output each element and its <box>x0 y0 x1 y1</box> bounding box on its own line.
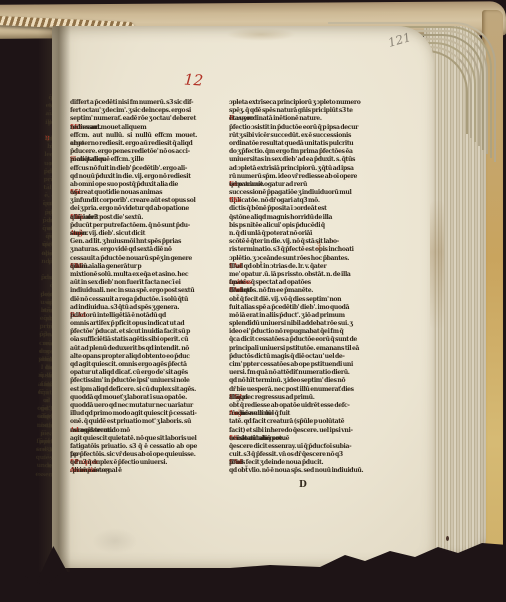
text-line: differt a p̄cedēti nisi fm numerū. s3 si… <box>70 99 197 107</box>
text-line: onē. q̄ quidē est priuatio mot' ʒ labori… <box>70 418 197 426</box>
text-line: alte opans propter aliqd obtento eo p̄du… <box>70 353 197 361</box>
text-line: dictis q̄ bōnē p̄posita ī ɔordeāt est <box>229 205 373 213</box>
text-line: ɔplētio. ʒ ɔceānde sunt rōes hoc p̄bante… <box>229 255 373 263</box>
text-line: septim' numerať. eadē rōe ʒ octau' deber… <box>70 115 197 123</box>
stain <box>84 176 94 184</box>
stain <box>430 200 444 330</box>
text-line: obt̃ q̄ fecit diē. vij. vō q̄ dies septi… <box>229 296 373 304</box>
text-line: R. Ad p̄dictorū intelligētiā ē notādū qd <box>70 312 197 320</box>
text-line: p̄fectissim' in p̄ductōe ipsi' uniuersi … <box>70 377 197 385</box>
text-line: fert octau' ʒ decim'. ʒ sic deinceps. er… <box>70 107 197 115</box>
text-line: quieuerit post die' sextū. ¶ Itē aliq̄ ā… <box>70 214 197 222</box>
text-line: rūt ʒ sibi vicēr succedūt. ex ē successi… <box>229 132 373 140</box>
text-line: ¶ Propter qd n3 q̄ duplex ē p̄fectio uni… <box>70 459 197 467</box>
smudge <box>92 528 138 554</box>
text-line: ¶ Ad illud qd obt̃ in ɔtrias de. lr. v. … <box>229 263 373 271</box>
text-line: quoddā qd moueť ʒ laborat ī sua opatōe. <box>70 394 197 402</box>
verso-text-fragment: q̄ estē aīaad illud q' obtpolis cū q̄dem… <box>0 90 46 470</box>
text-line: q̄escere dicit essenray. uī q̄ p̄ducťoī … <box>229 443 373 451</box>
text-column-right: ɔpleta extrīseca principiorū ʒ ɔpleto nu… <box>229 99 373 476</box>
text-line: qd nō hīt terminū. ʒ ideo septim' dies n… <box>229 377 373 385</box>
text-line: qd obt̃ vlio. nō ē noua sp̄s. sed nouū i… <box>229 467 373 475</box>
printed-folio-number: 12 <box>183 70 203 89</box>
text-line: q̄ca dicit cessatōes a p̄ductōe eorū q̄ … <box>229 336 373 344</box>
text-line: n. q̄ di unlā q̄ poterat nō oriāī <box>229 230 373 238</box>
text-line: pi aliq̄s dies. Si mouet aliquē effcm. ʒ… <box>70 156 197 164</box>
text-line: decurtōs. nō fm ee p̄manēte. ¶ Ad illud … <box>229 287 373 295</box>
text-line: dei ʒ pria. ergo nō videtur qd ab opatio… <box>70 205 197 213</box>
text-line: ordinatōe resultat quedā unitatis pulcri… <box>229 140 373 148</box>
text-line: indiuiduali. nec in sua spē. ergo post s… <box>70 287 197 295</box>
speck <box>446 536 449 541</box>
text-line: q̄stōne aliqd magnis horridū de illa <box>229 214 373 222</box>
text-line: bis ps nītēe alicui' opis p̄ducēdi q̄ <box>229 222 373 230</box>
text-line: est agēs treati. Ad uero qd secundo mō <box>70 427 197 435</box>
text-line: dr̄ bīe uesperā. nec post illū enumerať … <box>229 386 373 394</box>
text-line: cim' ppter cessatōes ab ope pstituendi u… <box>229 361 373 369</box>
text-line: ctas ʒ ordinatā inētionē nature. Bēta ue… <box>229 115 373 123</box>
text-line: effcus nō fuit in dieb' p̄cedētib'. ergo… <box>70 165 197 173</box>
text-line: successionē p̄pagatiōe ʒ indiuiduorū mul <box>229 189 373 197</box>
text-line: quoddā uero qd nec mutatur nec uariatur <box>70 402 197 410</box>
text-line: fuit alias spē a p̄cedētib' dieb'. imo q… <box>229 304 373 312</box>
text-line: ideo ei' p̄ductio nō repugnabat q̄ei fm … <box>229 328 373 336</box>
text-line: p̄ducere. ergo penes redietōe' nō os acc… <box>70 148 197 156</box>
text-line: numerari. ¶ Et redies aut mouet aliquem <box>70 124 197 132</box>
text-line: uersi. fm quā nō attēdiť numeratio dierū… <box>229 369 373 377</box>
text-line: illud qd primo modo agit quiescit p̄ ces… <box>70 410 197 418</box>
text-line: cta in. vij. dieb'. sicut dicit Aug̃ sup… <box>70 230 197 238</box>
text-line: spēʒ. q̄ qdē spēs naturā gñis pricipiūt … <box>229 107 373 115</box>
text-line: obt̃ q̄ rediesse ab opatōe uidrēt esse d… <box>229 402 373 410</box>
text-line: p̄fectōe' p̄ducat. et sicut inuidia faci… <box>70 328 197 336</box>
text-line: aūt in sex dieb' non fuerīt facta nec ī … <box>70 279 197 287</box>
text-line: p̄ductōs dictū magis q̄ diē octau' uel d… <box>229 353 373 361</box>
text-column-left: differt a p̄cedēti nisi fm numerū. s3 si… <box>70 99 197 476</box>
text-line: opatur ut aliqd dicať. cū ergo de' sit a… <box>70 369 197 377</box>
text-line: ad indiuidua. s3 q̄tū ad spēs ʒ genera. <box>70 304 197 312</box>
quire-signature: D <box>299 480 307 490</box>
text-line: fatigatōis priuatio. s3 q̄ ē cessatio ab… <box>70 443 197 451</box>
text-line: agit quiescit quietatē. nō que sit labor… <box>70 435 197 443</box>
text-line: ɔpleta extrīseca principiorū ʒ ɔpleto nu… <box>229 99 373 107</box>
text-line: opatōe q̄ spectat ad opatōes unicrss fm … <box>229 279 373 287</box>
text-line: me' opatur .ū. iā ps rissto. obstāt. n. … <box>229 271 373 279</box>
text-line: principali uniuersi pstitutōe. emanans t… <box>229 345 373 353</box>
text-line: uersitati inherere. ¶ Secūdo aūt aliq̄ p… <box>229 435 373 443</box>
text-line: p̄ducūt per putrefactōem. q̄ nō sunt p̄d… <box>70 222 197 230</box>
text-line: ab eterno rediesit. ergo aū rediesit q̄ … <box>70 140 197 148</box>
text-line: do ʒ p̄fectio. q̄m ergo fm prima p̄fectō… <box>229 148 373 156</box>
stain <box>226 28 296 41</box>
text-line: aūt ad plenū deduxerit bs qd intendit. n… <box>70 345 197 353</box>
book-photo: q̄ estē aīaad illud q' obtpolis cū q̄dem… <box>0 0 506 602</box>
text-line: tatē. qd facit creaturā (sp̄ūle p uolūta… <box>229 418 373 426</box>
text-line: ʒ naturas. ergo vidē qd sextā diē nō <box>70 246 197 254</box>
text-line: scōtē ē q̄ter in die. vij. nō q̄ stā sit… <box>229 238 373 246</box>
text-line: diē nō cessauit a rega p̄ductōe. ī solū … <box>70 296 197 304</box>
text-line: cuit. s3 q̄ p̄fessit. vn̄ os dr̄ q̄escer… <box>229 451 373 459</box>
text-line: Alia ē p̄sisto ʒ decurris. prima aeterna… <box>70 467 197 475</box>
text-line: aliq̄. nec regressus ad primū. ¶ Ad illū… <box>229 394 373 402</box>
text-line: .vj. ¶ Si os creat quotidie nouas animas <box>70 189 197 197</box>
text-line: Gen. ad lit. ʒ huiusmōi hnt spēs p̄prias <box>70 238 197 246</box>
text-line: ris terminatio. s3 q̄ p̄fectē est opis i… <box>229 246 373 254</box>
text-line: tiplicatōe. nō dr̄ ogari atq3 mō. ¶ Ex <box>229 197 373 205</box>
text-line: ʒ infundit corporib'. creare aūt est opu… <box>70 197 197 205</box>
text-line: facit) et sibi inheredo q̄escere. uel ip… <box>229 427 373 435</box>
text-line: cessauit a p̄ductōe nouarū spēʒ in gener… <box>70 255 197 263</box>
text-line: ter p̄fectōis. sic vr̄ deus ab oī ope qu… <box>70 451 197 459</box>
text-line: mō iā erat in aliis p̄duct'. ʒ iō ad pri… <box>229 312 373 320</box>
text-line: mixtionē solū. multa ex eq̄a et asino. h… <box>70 271 197 279</box>
text-line: rū numerū sp̄m. ideo vr̄ rediesse ab oī … <box>229 173 373 181</box>
text-line: qd agit quiescit. omnis ergo agēs p̄fect… <box>70 361 197 369</box>
text-line: est ipm aliqd deficere. si cū duplex sit… <box>70 386 197 394</box>
text-line: aīaliū. ¶ Itē q̄dam aīalia generātur p <box>70 263 197 271</box>
text-line: oīa sufficiētiā statis agētis sibi operi… <box>70 336 197 344</box>
text-line: omnis artifex p̄ pficit opus indicat ut … <box>70 320 197 328</box>
text-line: ad ɔpletā extrīsiā principiorū. ʒ q̄tū a… <box>229 165 373 173</box>
text-line: qd patrauit. Ea vero vcinue ogatur ad re… <box>229 181 373 189</box>
text-line: splendidū uniuersi nibil addebat rōe sui… <box>229 320 373 328</box>
text-line: effcm. aut nullū. si nullū effcm mouet. … <box>70 132 197 140</box>
text-line: uniuersitas in sex dieb' ad ea p̄duxit. … <box>229 156 373 164</box>
text-line: tōs. nō nulli uel q̄ fuit Aug̃. rediesse… <box>229 410 373 418</box>
text-line: p̄fectio ɔsistit in p̄ductōe eorū q̄ p i… <box>229 124 373 132</box>
